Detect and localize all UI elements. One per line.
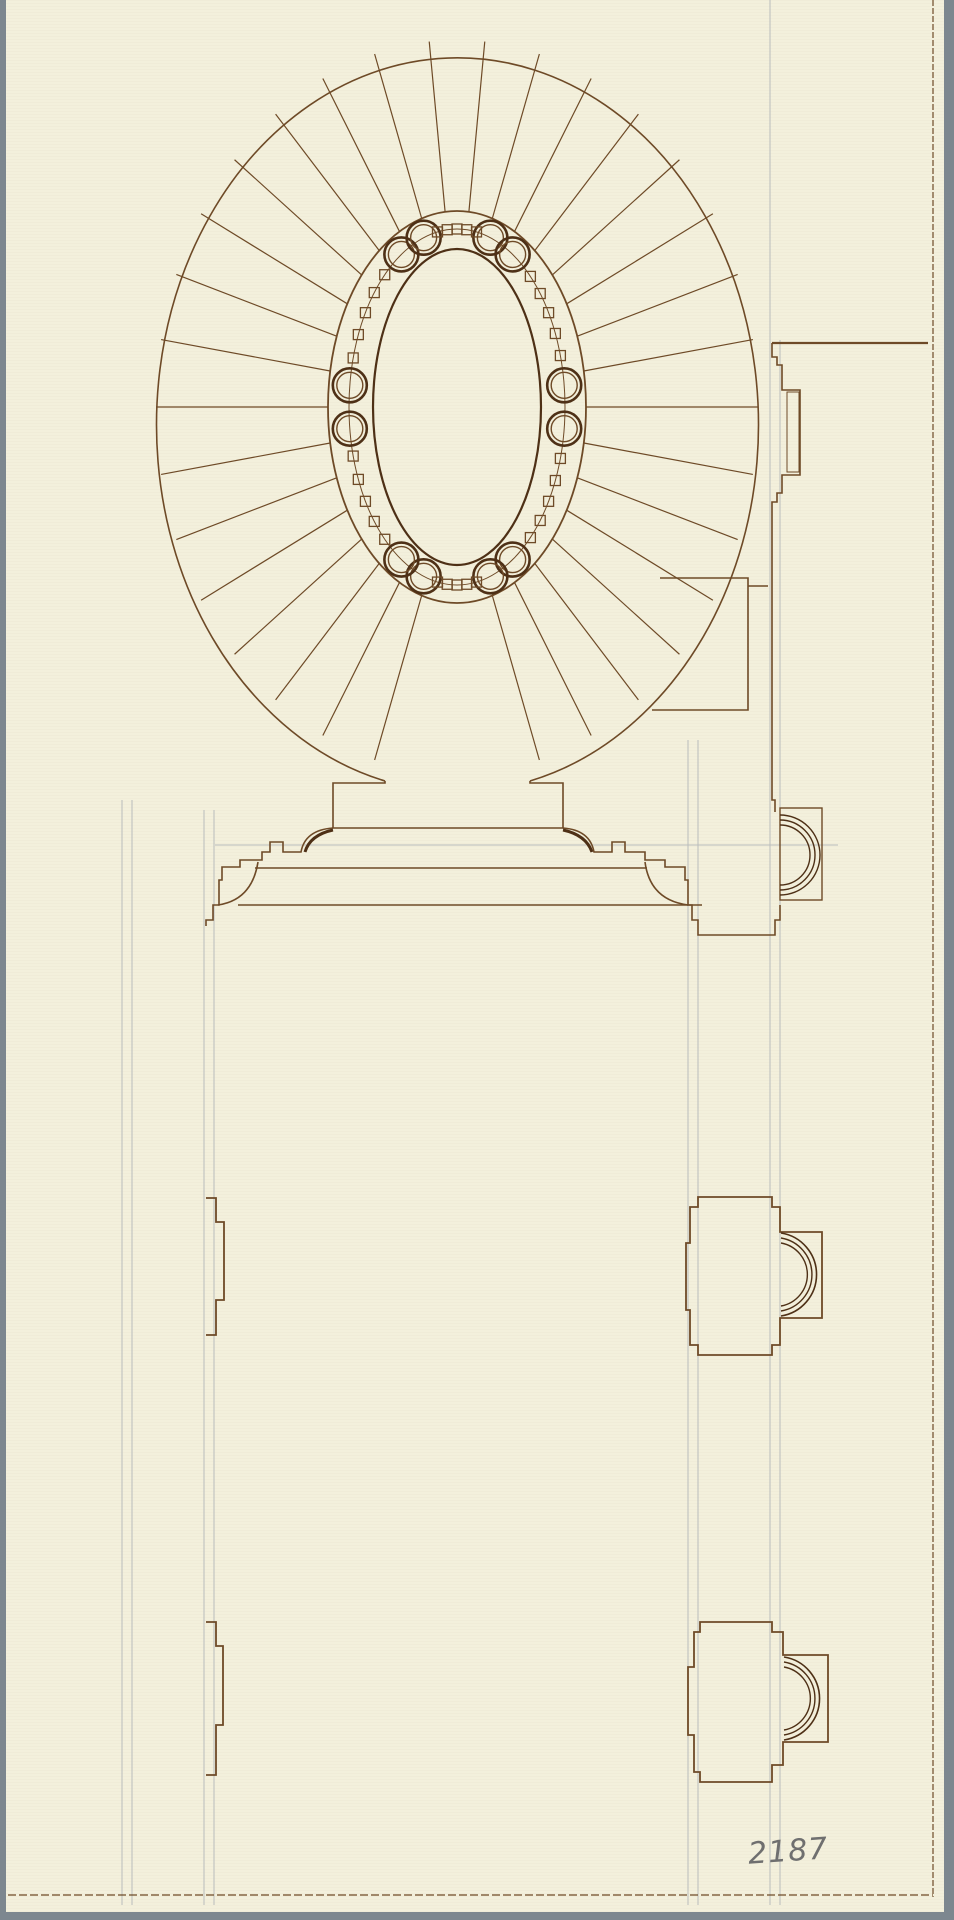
pilaster-strips-left bbox=[206, 1198, 224, 1775]
drawing-sheet: 2187 bbox=[6, 0, 944, 1912]
stair-step-line bbox=[235, 539, 362, 654]
stair-step-line bbox=[276, 114, 380, 250]
stair-step-line bbox=[584, 443, 753, 474]
stair-base bbox=[206, 781, 780, 935]
right-wing-wall bbox=[652, 343, 928, 812]
inventory-number: 2187 bbox=[747, 1831, 830, 1872]
stair-step-line bbox=[469, 42, 485, 212]
stair-step-line bbox=[201, 510, 347, 600]
stair-step-line bbox=[276, 563, 380, 699]
stair-step-line bbox=[577, 478, 737, 540]
pier-lower bbox=[688, 1622, 828, 1782]
stair-step-line bbox=[375, 596, 422, 760]
stair-step-line bbox=[176, 478, 336, 540]
stair-step-line bbox=[492, 54, 539, 218]
stair-step-line bbox=[577, 274, 737, 336]
sheet-border bbox=[8, 0, 933, 1897]
stair-step-line bbox=[567, 214, 713, 304]
pier-middle bbox=[686, 1197, 822, 1355]
stair-step-line bbox=[375, 54, 422, 218]
stair-step-line bbox=[161, 443, 330, 474]
stair-step-line bbox=[161, 340, 330, 371]
stair-step-line bbox=[535, 114, 639, 250]
stair-step-line bbox=[552, 539, 679, 654]
stair-step-line bbox=[535, 563, 639, 699]
architectural-plan bbox=[6, 0, 944, 1912]
stair-step-line bbox=[176, 274, 336, 336]
stair-step-line bbox=[492, 596, 539, 760]
niche-upper bbox=[780, 808, 822, 900]
oval-staircase bbox=[156, 42, 758, 781]
stair-step-line bbox=[235, 160, 362, 275]
stair-step-line bbox=[552, 160, 679, 275]
stair-step-line bbox=[584, 340, 753, 371]
stair-step-line bbox=[201, 214, 347, 304]
stair-step-line bbox=[567, 510, 713, 600]
stair-step-line bbox=[429, 42, 445, 212]
pencil-guides bbox=[122, 0, 838, 1905]
